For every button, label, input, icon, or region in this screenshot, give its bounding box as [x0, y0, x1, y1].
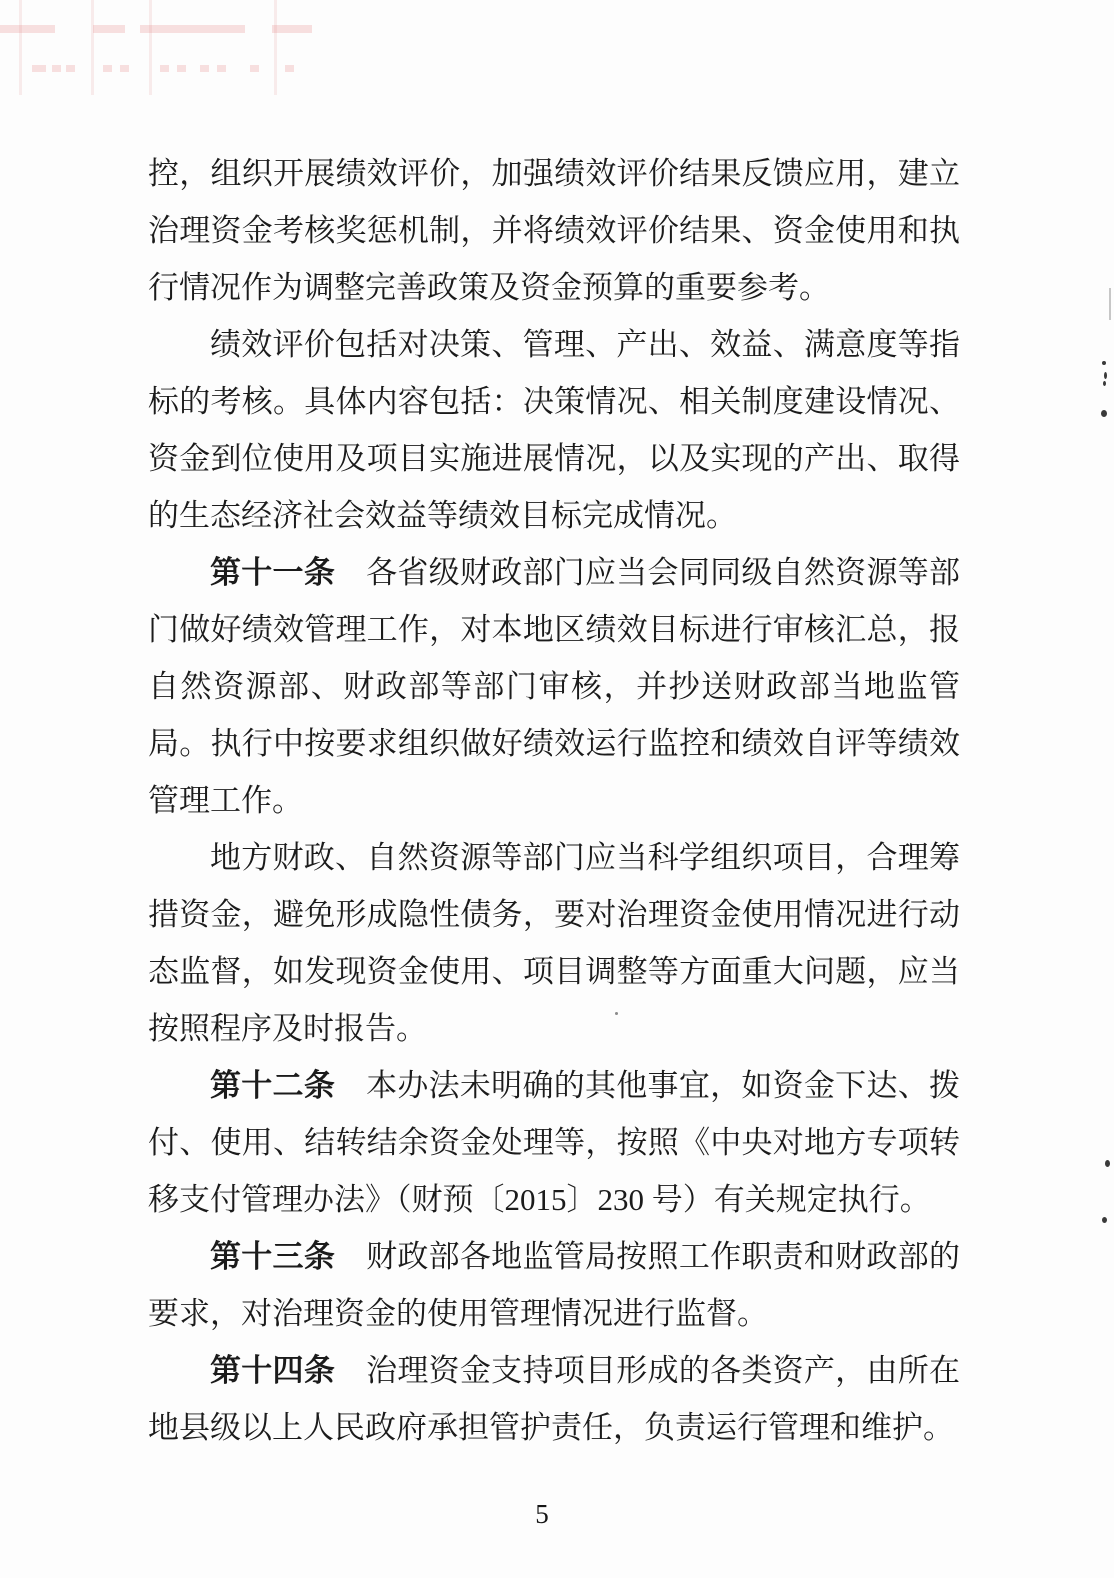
scan-speck	[1104, 372, 1107, 379]
scan-speck	[1102, 1217, 1107, 1223]
scan-mark	[177, 65, 186, 72]
scan-speck	[1102, 361, 1106, 365]
article-heading: 第十四条	[210, 1353, 335, 1388]
scan-speck	[1105, 1160, 1110, 1167]
scan-mark	[32, 65, 46, 72]
paragraph: 地方财政、自然资源等部门应当科学组织项目，合理筹措资金，避免形成隐性债务，要对治…	[148, 829, 960, 1057]
article-heading: 第十三条	[210, 1239, 335, 1274]
scan-mark	[52, 65, 61, 72]
scan-mark	[120, 65, 129, 72]
scan-speck	[1103, 381, 1106, 386]
scan-mark	[66, 65, 75, 72]
paragraph-text: 绩效评价包括对决策、管理、产出、效益、满意度等指标的考核。具体内容包括：决策情况…	[148, 327, 960, 533]
paragraph: 第十二条本办法未明确的其他事宜，如资金下达、拨付、使用、结转结余资金处理等，按照…	[148, 1057, 960, 1228]
paragraph: 第十四条治理资金支持项目形成的各类资产，由所在地县级以上人民政府承担管护责任，负…	[148, 1342, 960, 1456]
scan-mark	[0, 25, 55, 33]
paragraph-text: 地方财政、自然资源等部门应当科学组织项目，合理筹措资金，避免形成隐性债务，要对治…	[148, 840, 960, 1046]
scan-mark	[160, 65, 169, 72]
scan-mark	[149, 0, 152, 95]
scan-mark	[93, 25, 125, 33]
scan-mark	[91, 0, 94, 95]
paragraph: 第十一条各省级财政部门应当会同同级自然资源等部门做好绩效管理工作，对本地区绩效目…	[148, 544, 960, 829]
paragraph-text: 控，组织开展绩效评价，加强绩效评价结果反馈应用，建立治理资金考核奖惩机制，并将绩…	[148, 156, 960, 305]
scan-mark	[217, 65, 226, 72]
scan-mark	[272, 25, 312, 33]
scan-mark	[103, 65, 112, 72]
paragraph: 控，组织开展绩效评价，加强绩效评价结果反馈应用，建立治理资金考核奖惩机制，并将绩…	[148, 145, 960, 316]
scan-mark	[250, 65, 259, 72]
paragraph: 第十三条财政部各地监管局按照工作职责和财政部的要求，对治理资金的使用管理情况进行…	[148, 1228, 960, 1342]
scan-edge-line	[1109, 288, 1111, 320]
document-page: 控，组织开展绩效评价，加强绩效评价结果反馈应用，建立治理资金考核奖惩机制，并将绩…	[0, 0, 1114, 1578]
paragraph: 绩效评价包括对决策、管理、产出、效益、满意度等指标的考核。具体内容包括：决策情况…	[148, 316, 960, 544]
scan-mark	[200, 65, 209, 72]
page-number: 5	[0, 1498, 1084, 1530]
article-heading: 第十一条	[210, 555, 335, 590]
scan-speck	[1101, 410, 1107, 417]
scan-mark	[140, 25, 245, 33]
article-heading: 第十二条	[210, 1068, 335, 1103]
document-body: 控，组织开展绩效评价，加强绩效评价结果反馈应用，建立治理资金考核奖惩机制，并将绩…	[148, 145, 960, 1456]
paragraph-text: 各省级财政部门应当会同同级自然资源等部门做好绩效管理工作，对本地区绩效目标进行审…	[148, 555, 960, 818]
scan-mark	[19, 0, 22, 95]
scan-mark	[274, 0, 277, 95]
scan-mark	[285, 65, 294, 72]
